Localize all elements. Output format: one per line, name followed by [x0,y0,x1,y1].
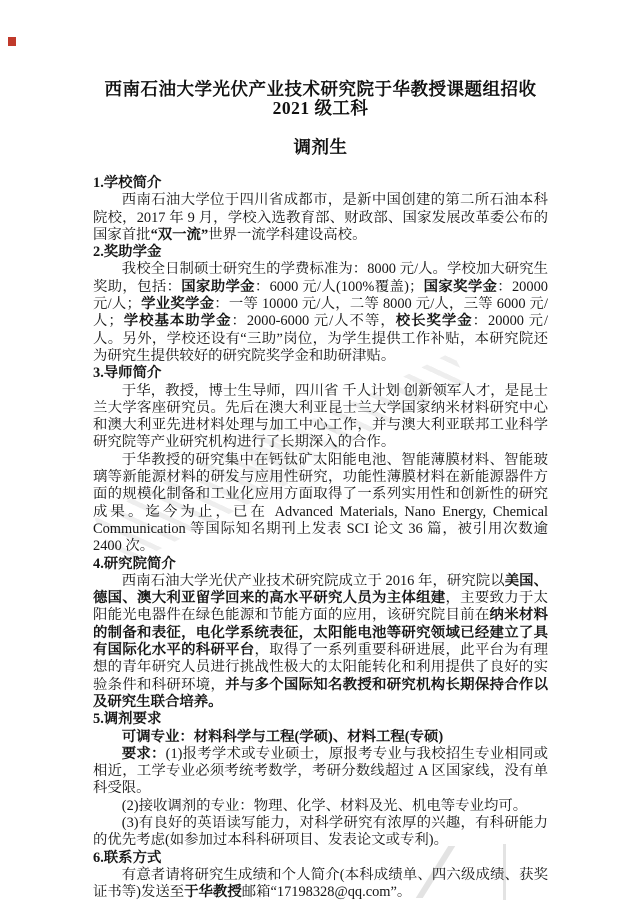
text-run: (2)接收调剂的专业：物理、化学、材料及光、机电等专业均可。 [122,798,527,814]
section-heading: 2.奖助学金 [93,244,548,261]
document-body: 1.学校简介西南石油大学位于四川省成都市，是新中国创建的第二所石油本科院校，20… [93,175,548,900]
paragraph: 有意者请将研究生成绩和个人简介(本科成绩单、四六级成绩、获奖证书等)发送至于华教… [93,867,548,900]
paragraph: (2)接收调剂的专业：物理、化学、材料及光、机电等专业均可。 [93,798,548,815]
text-run: ：6000 元/人(100%覆盖)； [255,279,423,295]
bold-text-run: 国家助学金 [181,279,255,295]
paragraph: 可调专业：材料科学与工程(学硕)、材料工程(专硕) [93,729,548,746]
text-run: 邮箱“17198328@qq.com”。 [242,884,412,900]
text-run: 于华教授的研究集中在钙钛矿太阳能电池、智能薄膜材料、智能玻璃等新能源材料的研发与… [93,452,548,554]
bold-text-run: 国家奖学金 [423,279,497,295]
document-title: 西南石油大学光伏产业技术研究院于华教授课题组招收 2021 级工科 调剂生 [93,80,548,157]
bold-text-run: 可调专业：材料科学与工程(学硕)、材料工程(专硕) [122,729,443,745]
bold-text-run: “双一流” [151,227,209,243]
bold-text-run: 学业奖学金 [141,296,214,312]
section-heading: 1.学校简介 [93,175,548,192]
text-run: 于华，教授，博士生导师，四川省 千人计划 创新领军人才，是昆士兰大学客座研究员。… [93,383,548,451]
text-run: ：2000-6000 元/人不等， [231,313,395,329]
paragraph: 西南石油大学光伏产业技术研究院成立于 2016 年，研究院以美国、德国、澳大利亚… [93,573,548,711]
document-page: 西南石油大学光伏产业技术研究院于华教授课题组招收 2021 级工科 调剂生 1.… [0,0,637,900]
section-heading: 3.导师简介 [93,365,548,382]
bold-text-run: 校长奖学金 [396,313,473,329]
section-heading: 5.调剂要求 [93,711,548,728]
red-mark-icon [8,37,16,46]
title-line-2: 调剂生 [93,138,548,157]
paragraph: 于华教授的研究集中在钙钛矿太阳能电池、智能薄膜材料、智能玻璃等新能源材料的研发与… [93,452,548,556]
paragraph: (3)有良好的英语读写能力，对科学研究有浓厚的兴趣，有科研能力的优先考虑(如参加… [93,815,548,850]
text-run: 西南石油大学光伏产业技术研究院成立于 2016 年，研究院以 [122,573,505,589]
text-run: 世界一流学科建设高校。 [208,227,366,243]
section-heading: 6.联系方式 [93,850,548,867]
paragraph: 我校全日制硕士研究生的学费标准为：8000 元/人。学校加大研究生奖助，包括：国… [93,261,548,365]
title-line-1: 西南石油大学光伏产业技术研究院于华教授课题组招收 2021 级工科 [93,80,548,118]
bold-text-run: 要求： [122,746,166,762]
paragraph: 于华，教授，博士生导师，四川省 千人计划 创新领军人才，是昆士兰大学客座研究员。… [93,383,548,452]
bold-text-run: 于华教授 [184,884,242,900]
paragraph: 西南石油大学位于四川省成都市，是新中国创建的第二所石油本科院校，2017 年 9… [93,192,548,244]
section-heading: 4.研究院简介 [93,556,548,573]
bold-text-run: 学校基本助学金 [123,313,232,329]
paragraph: 要求：(1)报考学术或专业硕士，原报考专业与我校招生专业相同或相近，工学专业必须… [93,746,548,798]
document-content: 西南石油大学光伏产业技术研究院于华教授课题组招收 2021 级工科 调剂生 1.… [93,80,548,900]
text-run: (3)有良好的英语读写能力，对科学研究有浓厚的兴趣，有科研能力的优先考虑(如参加… [93,815,548,848]
